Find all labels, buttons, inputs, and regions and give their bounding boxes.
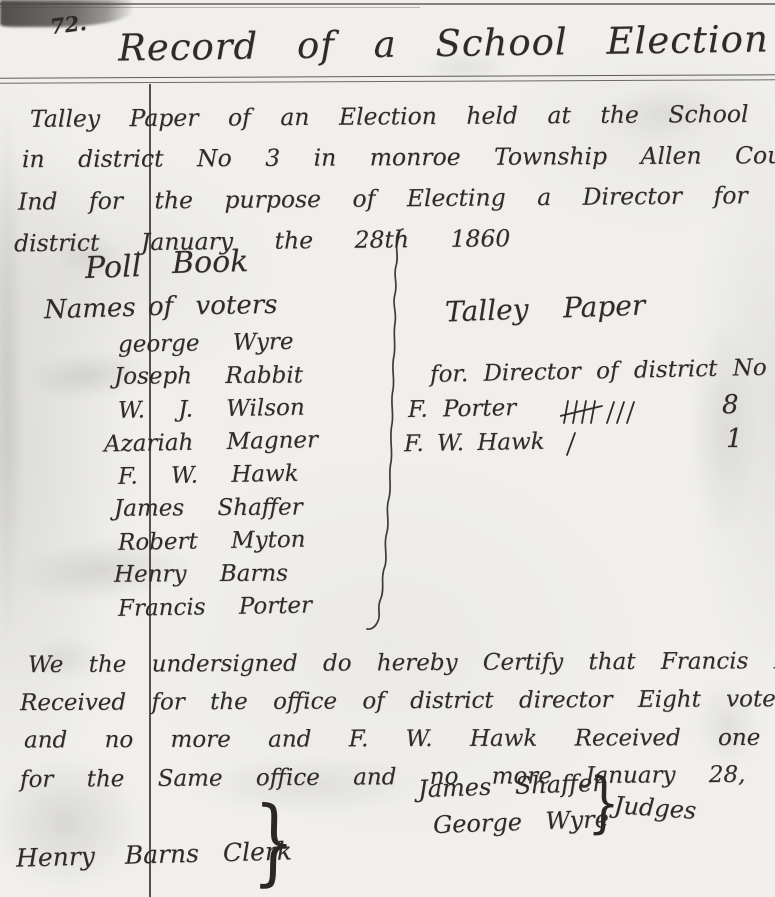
- vote-count-hawk: 1: [726, 424, 743, 454]
- certification-line-1: We the undersigned do hereby Certify tha…: [28, 642, 775, 684]
- intro-line-2: in district No 3 in monroe Township Alle…: [22, 135, 775, 180]
- voters-list: george Wyre Joseph Rabbit W. J. Wilson A…: [118, 327, 332, 624]
- judge-signature-1: James Shaffer: [418, 769, 605, 803]
- top-edge-rule-2: [0, 7, 420, 8]
- voter-name: James Shaffer: [114, 491, 328, 525]
- bleedthrough-smudge: [690, 320, 760, 540]
- certification-paragraph: We the undersigned do hereby Certify tha…: [16, 644, 775, 796]
- judge-signature-2: George Wyre: [433, 805, 610, 839]
- talley-paper-heading-talley: Talley: [444, 293, 529, 329]
- document-title: Record of a School Election: [118, 17, 769, 69]
- document-page: 72. Record of a School Election Talley P…: [0, 0, 775, 897]
- tally-marks-hawk-icon: [562, 430, 582, 458]
- poll-book-heading-book: Book: [172, 244, 249, 281]
- title-underline-rule: [0, 74, 775, 83]
- clerk-signature: Henry BarnsClerk: [16, 836, 293, 872]
- page-number: 72.: [49, 10, 88, 39]
- voter-name: Joseph Rabbit: [114, 359, 328, 393]
- voter-name: W. J. Wilson: [118, 391, 333, 428]
- voter-name: F. W. Hawk: [118, 457, 333, 494]
- candidate-name-hawk: F. W. Hawk: [404, 429, 545, 457]
- certification-line-4: for the Same office and no more January …: [20, 755, 775, 799]
- voter-name: Robert Myton: [118, 523, 333, 560]
- certification-line-3: and no more and F. W. Hawk Received one …: [24, 719, 775, 760]
- candidate-name-porter: F. Porter: [408, 395, 517, 423]
- clerk-name: Henry Barns: [16, 839, 200, 873]
- vote-count-porter: 8: [722, 390, 739, 420]
- poll-book-heading-poll: Poll: [84, 249, 141, 286]
- voter-name: Francis Porter: [118, 589, 333, 626]
- tally-marks-porter-icon: [560, 398, 646, 426]
- judges-label: Judges: [613, 791, 697, 825]
- top-edge-rule: [0, 3, 775, 5]
- voter-name: Azariah Magner: [104, 424, 319, 461]
- office-line: for. Director of district No 3: [430, 354, 775, 388]
- voter-name: Henry Barns: [114, 557, 328, 591]
- intro-line-1: Talley Paper of an Election held at the …: [30, 93, 775, 140]
- talley-paper-heading-paper: Paper: [562, 289, 645, 325]
- poll-book-subheading-of-voters: of voters: [148, 290, 278, 322]
- intro-line-3: Ind for the purpose of Electing a Direct…: [18, 174, 775, 222]
- voter-name: george Wyre: [118, 325, 333, 362]
- poll-book-subheading-names: Names: [44, 293, 136, 325]
- clerk-brace: }: [252, 795, 296, 891]
- column-separator-squiggle: [355, 228, 405, 643]
- certification-line-2: Received for the office of district dire…: [20, 680, 775, 722]
